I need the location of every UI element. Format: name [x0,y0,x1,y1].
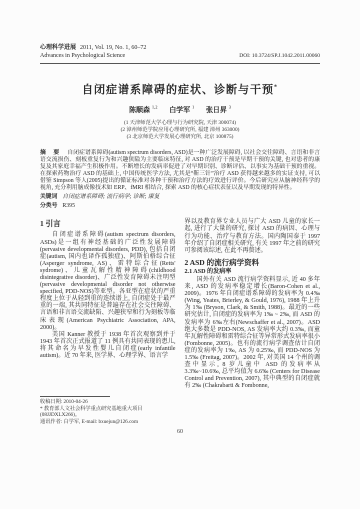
author-3: 张日昇 3 [206,106,231,114]
author-1-sup: 1,2 [152,105,158,110]
paper-page: 心理科学进展2011, Vol. 19, No. 1, 60–72 Advanc… [0,0,360,509]
footnote-received-date: 收稿日期: 2010-04-26 [40,399,176,406]
column-right: 界以及教育界专业人员与广大 ASD 儿童的家长一起, 进行了大量的研究, 探讨 … [185,219,321,425]
section-heading-1: 1 引言 [40,220,176,227]
column-left: 1 引言 自闭症谱系障碍(autism spectrum disorders, … [40,219,176,425]
abstract-paragraph: 摘 要自闭症谱系障碍(autism spectrum disorders, AS… [40,150,320,192]
left-paragraph-2: 美国 Kanner 教授于 1938 年首次观察到并于 1943 年首次正式报道… [40,332,176,360]
keywords-label: 关键词 [40,194,57,200]
footnote-block: 收稿日期: 2010-04-26 * 教育部人文社会科学重点研究基地重大项目(0… [40,394,176,425]
title-footnote-mark: * [274,84,278,90]
abstract-text: 自闭症谱系障碍(autism spectrum disorders, ASD)是… [40,150,320,191]
author-2-sup: 1 [192,105,194,110]
author-1: 陈顺森 1,2 [129,106,157,114]
right-paragraph-2: 国外有关 ASD 流行病学资料显示, 近 40 多年来, ASD 的发病率稳定增… [185,277,321,391]
left-paragraph-1: 自闭症谱系障碍(autism spectrum disorders, ASDs)… [40,232,176,331]
classification-label: 分类号 [40,203,57,209]
footnote-corresponding-author: 通讯作者: 白学军, E-mail: bxuejun@126.com [40,419,176,426]
footnote-rule [40,396,110,397]
author-2-name: 白学军 [169,106,190,114]
paper-title: 自闭症谱系障碍的症状、诊断与干预* [40,81,320,97]
footnote-funding: * 教育部人文社会科学重点研究基地重大项目(08JJDXLX266)。 [40,406,176,419]
doi-text: DOI: 10.3724/SP.J.1042.2011.00060 [239,52,320,60]
page-number: 60 [0,429,360,435]
author-1-name: 陈顺森 [129,106,150,114]
abstract-label: 摘 要 [40,150,62,156]
section-heading-2: 2 ASD 的流行病学资料 [185,259,321,266]
author-2: 白学军 1 [169,106,194,114]
journal-title-en: Advances in Psychological Science [40,52,146,60]
journal-line-cn: 心理科学进展2011, Vol. 19, No. 1, 60–72 [40,44,146,52]
keywords-text: 自闭症谱系障碍; 流行病学; 诊断; 康复 [62,194,159,200]
author-3-name: 张日昇 [206,106,227,114]
section-heading-2-1: 2.1 ASD 的发病率 [185,269,321,276]
journal-issue-info: 2011, Vol. 19, No. 1, 60–72 [80,45,146,51]
affiliation-3: (3 北京师范大学发展心理研究所, 北京 100875) [40,134,320,141]
journal-title-cn: 心理科学进展 [40,45,76,51]
author-line: 陈顺森 1,2 白学军 1 张日昇 3 [40,105,320,115]
classification-line: 分类号R395 [40,203,320,210]
journal-header: 心理科学进展2011, Vol. 19, No. 1, 60–72 Advanc… [40,44,320,64]
journal-header-left: 心理科学进展2011, Vol. 19, No. 1, 60–72 Advanc… [40,44,146,60]
author-3-sup: 3 [229,105,231,110]
body-columns: 1 引言 自闭症谱系障碍(autism spectrum disorders, … [40,219,320,425]
paper-title-text: 自闭症谱系障碍的症状、诊断与干预 [82,84,274,96]
classification-value: R395 [62,203,75,209]
keywords-line: 关键词自闭症谱系障碍; 流行病学; 诊断; 康复 [40,194,320,201]
affiliation-block: (1 天津师范大学心理与行为研究院, 天津 300074) (2 漳州师范学院应… [40,120,320,141]
right-paragraph-1: 界以及教育界专业人员与广大 ASD 儿童的家长一起, 进行了大量的研究, 探讨 … [185,219,321,254]
